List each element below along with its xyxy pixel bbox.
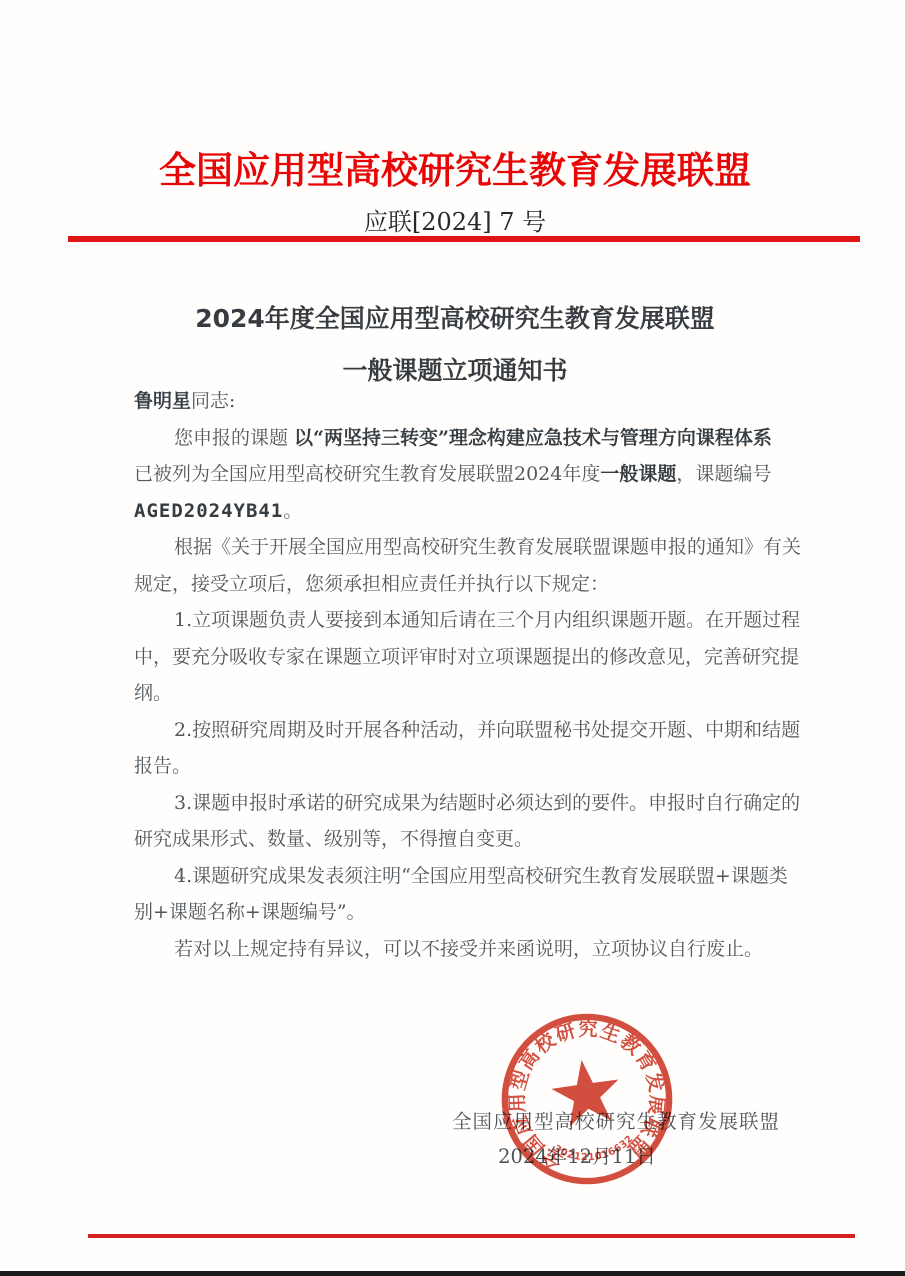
body-line: 若对以上规定持有异议，可以不接受并来函说明，立项协议自行废止。: [134, 931, 816, 968]
notice-title-line2: 一般课题立项通知书: [60, 351, 850, 387]
body-line: 中，要充分吸收专家在课题立项评审时对立项课题提出的修改意见，完善研究提: [134, 639, 816, 676]
body-text-segment: 中，要充分吸收专家在课题立项评审时对立项课题提出的修改意见，完善研究提: [134, 646, 799, 668]
body-text-segment: 同志:: [191, 390, 235, 412]
letterhead-red-rule: [68, 236, 860, 242]
body-line: 根据《关于开展全国应用型高校研究生教育发展联盟课题申报的通知》有关: [134, 529, 816, 566]
body-line: 2.按照研究周期及时开展各种活动，并向联盟秘书处提交开题、中期和结题: [134, 712, 816, 749]
body-line: 别+课题名称+课题编号”。: [134, 894, 816, 931]
body-text-segment: 根据《关于开展全国应用型高校研究生教育发展联盟课题申报的通知》有关: [174, 536, 801, 558]
body-text-segment: 。: [283, 500, 302, 522]
body-line: 研究成果形式、数量、级别等，不得擅自变更。: [134, 821, 816, 858]
body-line: 3.课题申报时承诺的研究成果为结题时必须达到的要件。申报时自行确定的: [134, 785, 816, 822]
body-line: 1.立项课题负责人要接到本通知后请在三个月内组织课题开题。在开题过程: [134, 602, 816, 639]
page-bottom-edge: [0, 1271, 905, 1276]
notice-document-page: 全国应用型高校研究生教育发展联盟 应联[2024] 7 号 2024年度全国应用…: [0, 0, 905, 1276]
body-text-segment: 一般课题: [600, 463, 676, 485]
body-text-segment: 已被列为全国应用型高校研究生教育发展联盟2024年度: [134, 463, 600, 485]
seal-star-icon: [548, 1055, 624, 1128]
body-text-segment: 鲁明星: [134, 390, 191, 412]
body-text-segment: 3.课题申报时承诺的研究成果为结题时必须达到的要件。申报时自行确定的: [174, 792, 800, 814]
body-text-segment: 2.按照研究周期及时开展各种活动，并向联盟秘书处提交开题、中期和结题: [174, 719, 800, 741]
body-text-segment: 报告。: [134, 755, 191, 777]
notice-title-line1: 2024年度全国应用型高校研究生教育发展联盟: [60, 299, 850, 335]
body-line: 规定，接受立项后，您须承担相应责任并执行以下规定：: [134, 566, 816, 603]
body-text-segment: 您申报的课题: [174, 427, 294, 449]
body-text-segment: 研究成果形式、数量、级别等，不得擅自变更。: [134, 828, 533, 850]
body-text-segment: 以“两坚持三转变”理念构建应急技术与管理方向课程体系: [294, 427, 772, 449]
body-line: 鲁明星同志:: [134, 383, 816, 420]
body-line: 您申报的课题 以“两坚持三转变”理念构建应急技术与管理方向课程体系: [134, 420, 816, 457]
body-line: 4.课题研究成果发表须注明“全国应用型高校研究生教育发展联盟+课题类: [134, 858, 816, 895]
body-text-segment: 1.立项课题负责人要接到本通知后请在三个月内组织课题开题。在开题过程: [174, 609, 800, 631]
body-line: 纲。: [134, 675, 816, 712]
body-text-segment: 4.课题研究成果发表须注明“全国应用型高校研究生教育发展联盟+课题类: [174, 865, 788, 887]
body-text-segment: AGED2024YB41: [134, 500, 283, 522]
notice-body: 鲁明星同志:您申报的课题 以“两坚持三转变”理念构建应急技术与管理方向课程体系已…: [134, 383, 816, 967]
body-text-segment: 纲。: [134, 682, 172, 704]
body-text-segment: 若对以上规定持有异议，可以不接受并来函说明，立项协议自行废止。: [174, 938, 763, 960]
body-text-segment: ，课题编号: [676, 463, 771, 485]
letterhead-org-title: 全国应用型高校研究生教育发展联盟: [60, 140, 850, 194]
document-number: 应联[2024] 7 号: [60, 202, 850, 237]
body-line: 已被列为全国应用型高校研究生教育发展联盟2024年度一般课题，课题编号: [134, 456, 816, 493]
body-text-segment: 别+课题名称+课题编号”。: [134, 901, 366, 923]
footer-red-rule: [88, 1234, 855, 1238]
body-line: AGED2024YB41。: [134, 493, 816, 530]
body-line: 报告。: [134, 748, 816, 785]
body-text-segment: 规定，接受立项后，您须承担相应责任并执行以下规定：: [134, 573, 609, 595]
official-seal: 全国应用型高校研究生教育发展联盟 33021210166323: [486, 998, 687, 1199]
